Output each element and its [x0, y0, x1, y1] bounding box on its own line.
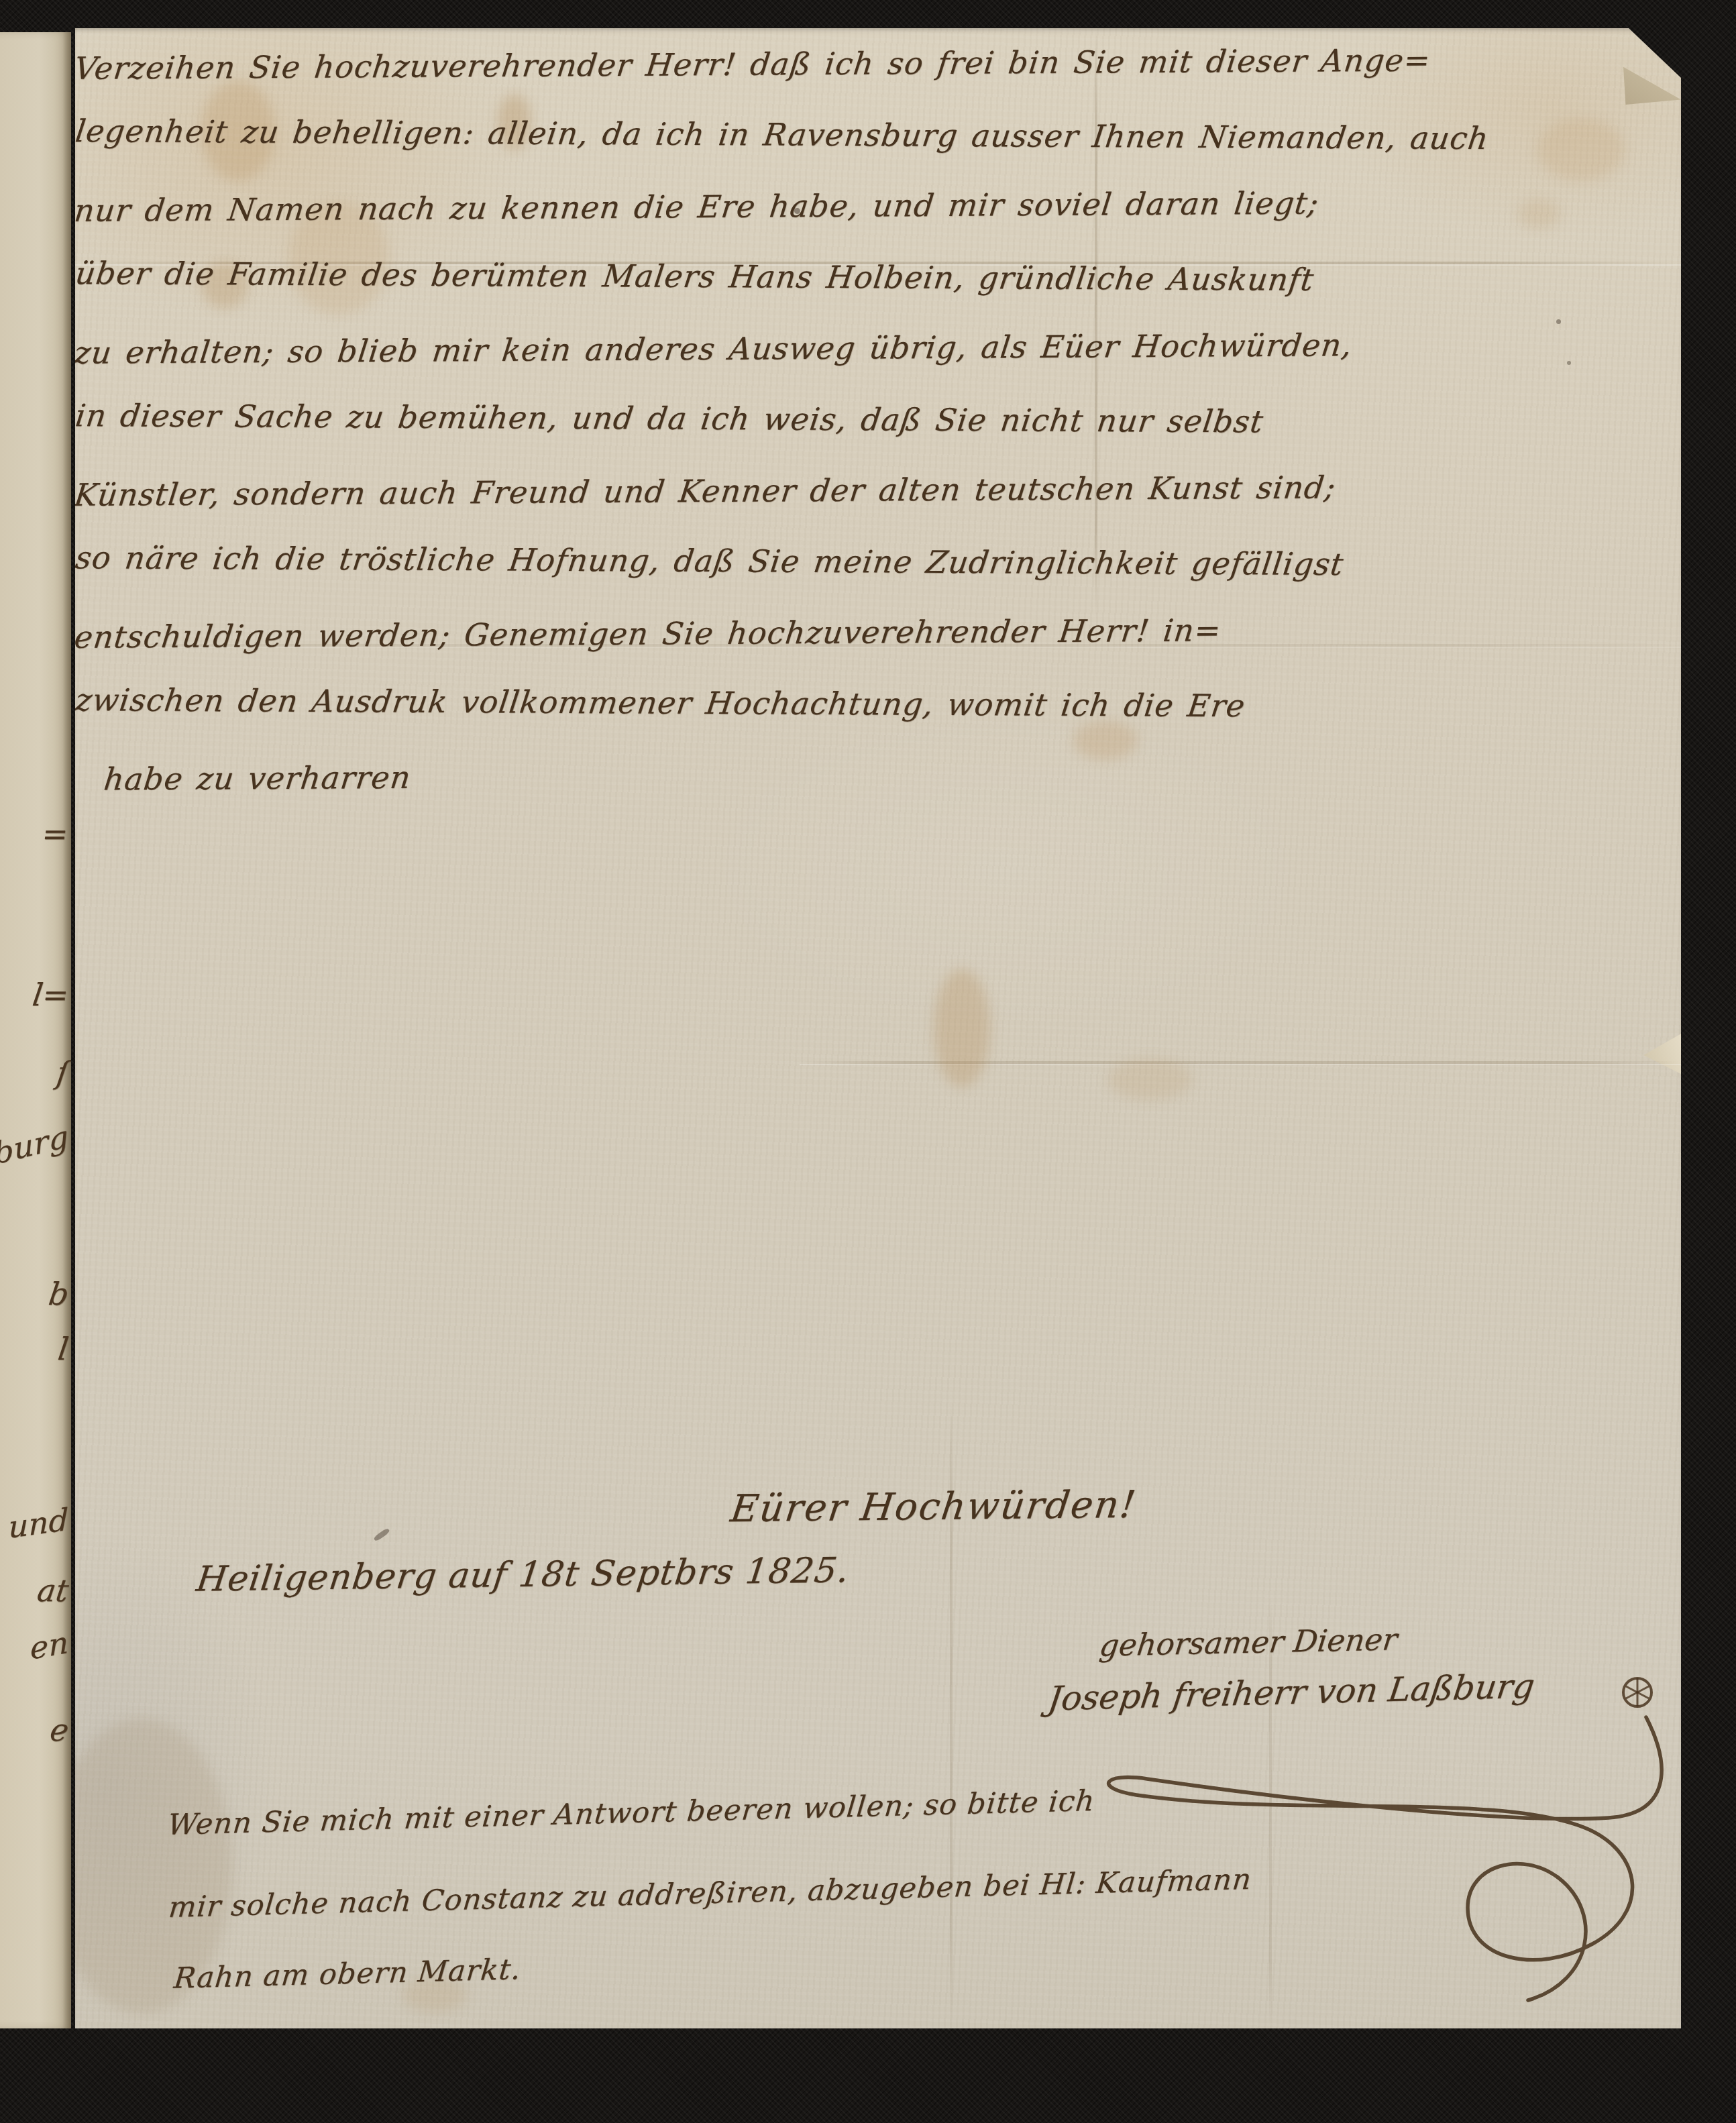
- valediction: Eürer Hochwürden!: [629, 1482, 1239, 1531]
- facing-page-text-fragment: l: [56, 1333, 70, 1364]
- letter-line: Verzeihen Sie hochzuverehrender Herr! da…: [70, 23, 1582, 104]
- facing-page-text-fragment: at: [36, 1575, 70, 1606]
- letter-line: in dieser Sache zu bemühen, und da ich w…: [71, 380, 1582, 459]
- facing-page-text-fragment: e: [48, 1714, 71, 1745]
- scanned-letter-screenshot: { "document": { "kind": "handwritten let…: [0, 0, 1736, 2123]
- facing-page-text-fragment: ſ: [55, 1057, 70, 1088]
- signature-closing: gehorsamer Diener: [1097, 1621, 1399, 1663]
- facing-page-text-fragment: und: [9, 1504, 69, 1543]
- letter-line: so näre ich die tröstliche Hofnung, daß …: [71, 522, 1582, 601]
- facing-page-text-fragment: b: [46, 1278, 70, 1309]
- dateline: Heiligenberg auf 18t Septbrs 1825.: [194, 1550, 851, 1600]
- letter-line: legenheit zu behelligen: allein, da ich …: [71, 95, 1582, 174]
- facing-page-edge: = l= ſ burg b l und at en e: [0, 32, 71, 2028]
- ink-speck: [373, 1527, 390, 1541]
- letter-line: nur dem Namen nach zu kennen die Ere hab…: [70, 166, 1582, 246]
- letter-line: entschuldigen werden; Genemigen Sie hoch…: [70, 592, 1582, 673]
- facing-page-text-fragment: =: [40, 818, 70, 849]
- facing-page-text-fragment: en: [30, 1627, 69, 1664]
- fold-crease: [1269, 1598, 1272, 2028]
- signature-name: Joseph freiherr von Laßburg: [1046, 1667, 1537, 1719]
- facing-page-text-fragment: l=: [31, 979, 71, 1010]
- postscript-line: Rahn am obern Markt.: [172, 1953, 523, 1995]
- letter-line: zu erhalten; so blieb mir kein anderes A…: [70, 308, 1582, 388]
- folded-corner: [1623, 54, 1681, 105]
- letter-body: Verzeihen Sie hochzuverehrender Herr! da…: [75, 28, 1578, 810]
- letter-line: über die Familie des berümten Malers Han…: [71, 237, 1582, 317]
- postscript-line: mir solche nach Constanz zu addreßiren, …: [167, 1863, 1253, 1924]
- letter-line: Künstler, sondern auch Freund und Kenner…: [70, 450, 1582, 531]
- letter-line: habe zu verharren: [70, 734, 1582, 815]
- edge-tear: [1643, 1033, 1682, 1081]
- paper-stain: [934, 969, 990, 1087]
- letter-page: Verzeihen Sie hochzuverehrender Herr! da…: [75, 28, 1681, 2028]
- letter-line: zwischen den Ausdruk vollkommener Hochac…: [71, 664, 1582, 743]
- postscript-line: Wenn Sie mich mit einer Antwort beeren w…: [166, 1784, 1097, 1842]
- paper-stain: [1108, 1058, 1193, 1100]
- signature-seal-mark-icon: [1618, 1673, 1657, 1712]
- fold-crease: [800, 1061, 1681, 1064]
- facing-page-text-fragment: burg: [0, 1121, 70, 1168]
